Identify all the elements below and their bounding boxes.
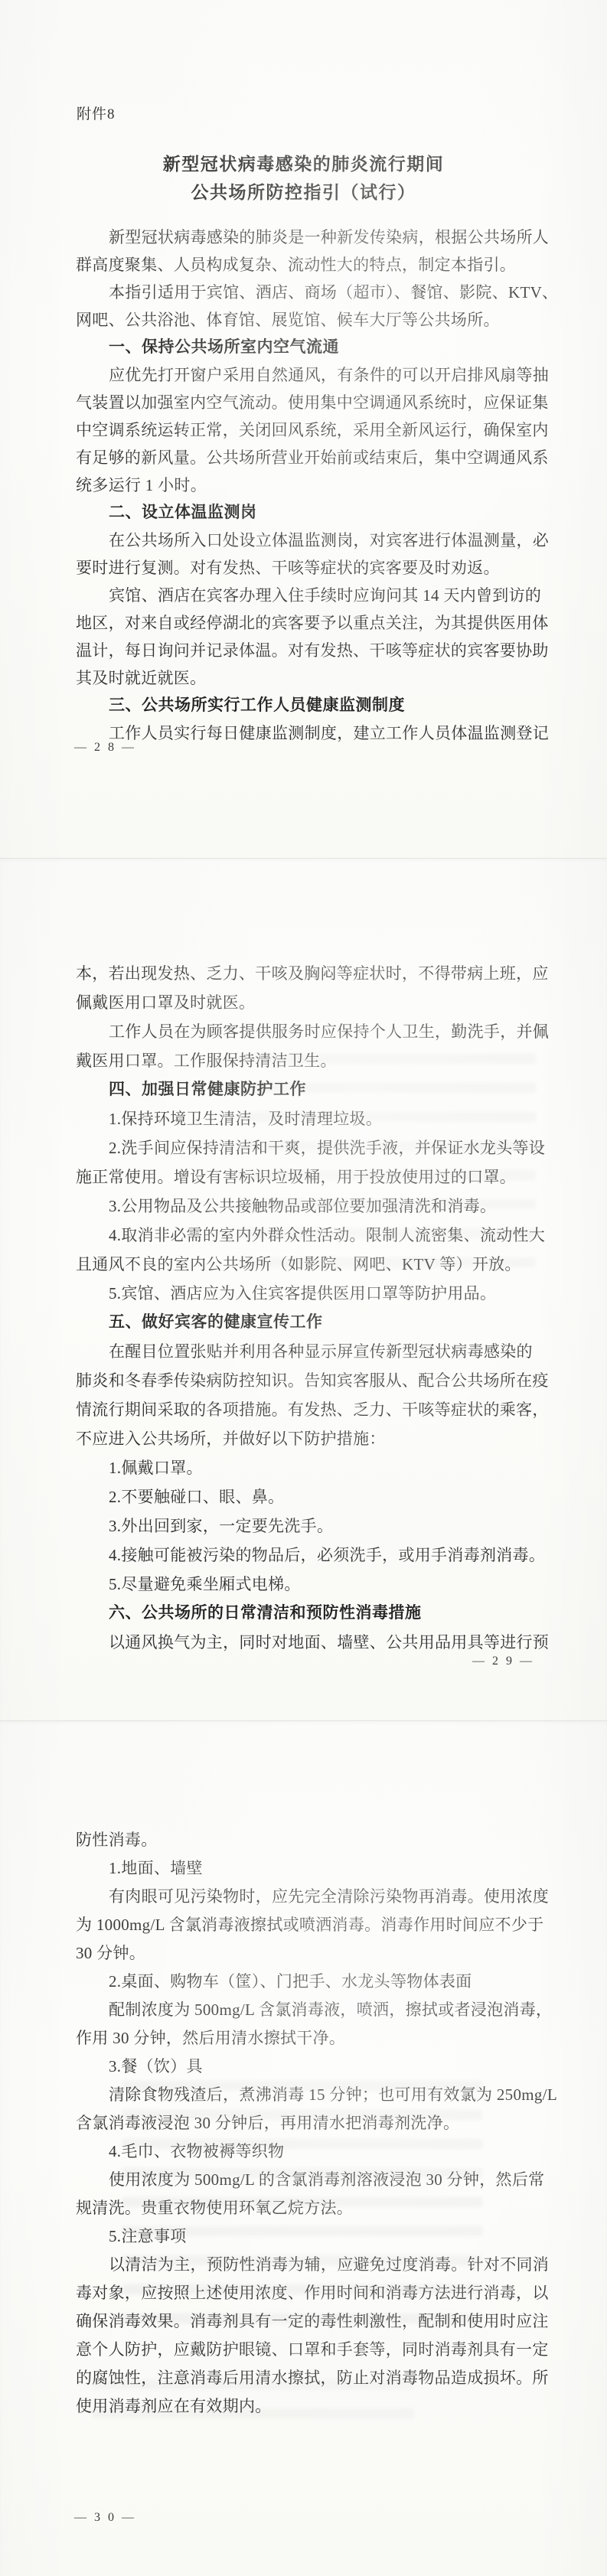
text-line: 为 1000mg/L 含氯消毒液擦拭或喷洒消毒。消毒作用时间应不少于 — [76, 1911, 550, 1939]
text-line: 网吧、公共浴池、体育馆、展览馆、候车大厅等公共场所。 — [76, 306, 550, 334]
attachment-label: 附件8 — [77, 103, 116, 123]
text-line: 清除食物残渣后，煮沸消毒 15 分钟；也可用有效氯为 250mg/L — [76, 2081, 550, 2109]
text-line: 工作人员在为顾客提供服务时应保持个人卫生，勤洗手，并佩 — [76, 1017, 550, 1046]
text-line: 1.保持环境卫生清洁，及时清理垃圾。 — [76, 1104, 550, 1133]
text-line: 以清洁为主，预防性消毒为辅，应避免过度消毒。针对不同消 — [76, 2251, 550, 2279]
text-line: 5.尽量避免乘坐厢式电梯。 — [76, 1570, 550, 1599]
page-1-text-block: 新型冠状病毒感染的肺炎是一种新发传染病，根据公共场所人群高度聚集、人员构成复杂、… — [76, 223, 550, 747]
text-line: 4.毛巾、衣物被褥等织物 — [76, 2137, 550, 2166]
text-line: 确保消毒效果。消毒剂具有一定的毒性刺激性，配制和使用时应注 — [76, 2307, 550, 2336]
text-line: 统多运行 1 小时。 — [76, 471, 550, 499]
text-line: 肺炎和冬春季传染病防控知识。告知宾客服从、配合公共场所在疫 — [76, 1366, 550, 1395]
text-line: 中空调系统运转正常，关闭回风系统，采用全新风运行，确保室内 — [76, 416, 550, 444]
text-line: 30 分钟。 — [76, 1939, 550, 1968]
text-line: 以通风换气为主，同时对地面、墙壁、公共用品用具等进行预 — [76, 1628, 550, 1657]
text-line: 4.取消非必需的室内外群众性活动。限制人流密集、流动性大 — [76, 1221, 550, 1250]
text-line: 1.地面、墙壁 — [76, 1854, 550, 1883]
text-line: 有肉眼可见污染物时，应先完全清除污染物再消毒。使用浓度 — [76, 1883, 550, 1911]
text-line: 5.注意事项 — [76, 2222, 550, 2251]
section-heading: 二、设立体温监测岗 — [76, 499, 550, 527]
text-line: 戴医用口罩。工作服保持清洁卫生。 — [76, 1046, 550, 1075]
section-heading: 一、保持公共场所室内空气流通 — [76, 334, 550, 361]
section-heading: 五、做好宾客的健康宣传工作 — [76, 1308, 550, 1337]
text-line: 的腐蚀性，注意消毒后用清水擦拭，防止对消毒物品造成损坏。所 — [76, 2364, 550, 2392]
text-line: 施正常使用。增设有害标识垃圾桶，用于投放使用过的口罩。 — [76, 1162, 550, 1192]
text-line: 意个人防护，应戴防护眼镜、口罩和手套等，同时消毒剂具有一定 — [76, 2336, 550, 2364]
text-line: 情流行期间采取的各项措施。有发热、乏力、干咳等症状的乘客， — [76, 1395, 550, 1424]
text-line: 使用浓度为 500mg/L 的含氯消毒剂溶液浸泡 30 分钟，然后常 — [76, 2166, 550, 2194]
text-line: 有足够的新风量。公共场所营业开始前或结束后，集中空调通风系 — [76, 444, 550, 471]
text-line: 作用 30 分钟，然后用清水擦拭干净。 — [76, 2024, 550, 2053]
section-heading: 四、加强日常健康防护工作 — [76, 1075, 550, 1104]
document-page-1: 附件8 新型冠状病毒感染的肺炎流行期间 公共场所防控指引（试行） 新型冠状病毒感… — [0, 0, 607, 858]
document-page-3: 防性消毒。1.地面、墙壁有肉眼可见污染物时，应先完全清除污染物再消毒。使用浓度为… — [0, 1720, 607, 2576]
text-line: 2.桌面、购物车（筐）、门把手、水龙头等物体表面 — [76, 1968, 550, 1996]
text-line: 规清洗。贵重衣物使用环氧乙烷方法。 — [76, 2194, 550, 2222]
text-line: 2.洗手间应保持清洁和干爽，提供洗手液，并保证水龙头等设 — [76, 1133, 550, 1162]
text-line: 佩戴医用口罩及时就医。 — [76, 988, 550, 1017]
text-line: 含氯消毒液浸泡 30 分钟后，再用清水把消毒剂洗净。 — [76, 2109, 550, 2137]
text-line: 气装置以加强室内空气流动。使用集中空调通风系统时，应保证集 — [76, 389, 550, 416]
text-line: 1.佩戴口罩。 — [76, 1453, 550, 1482]
text-line: 使用消毒剂应在有效期内。 — [76, 2392, 550, 2421]
text-line: 且通风不良的室内公共场所（如影院、网吧、KTV 等）开放。 — [76, 1250, 550, 1279]
text-line: 3.外出回到家，一定要先洗手。 — [76, 1511, 550, 1541]
text-line: 本指引适用于宾馆、酒店、商场（超市）、餐馆、影院、KTV、 — [76, 279, 550, 306]
text-line: 配制浓度为 500mg/L 含氯消毒液，喷洒，擦拭或者浸泡消毒， — [76, 1996, 550, 2024]
text-line: 地区，对来自或经停湖北的宾客要予以重点关注，为其提供医用体 — [76, 609, 550, 637]
text-line: 5.宾馆、酒店应为入住宾客提供医用口罩等防护用品。 — [76, 1279, 550, 1308]
text-line: 要时进行复测。对有发热、干咳等症状的宾客要及时劝返。 — [76, 554, 550, 582]
text-line: 工作人员实行每日健康监测制度，建立工作人员体温监测登记 — [76, 719, 550, 747]
page-3-text-block: 防性消毒。1.地面、墙壁有肉眼可见污染物时，应先完全清除污染物再消毒。使用浓度为… — [76, 1826, 550, 2421]
text-line: 本，若出现发热、乏力、干咳及胸闷等症状时，不得带病上班，应 — [76, 959, 550, 988]
page-2-text-block: 本，若出现发热、乏力、干咳及胸闷等症状时，不得带病上班，应佩戴医用口罩及时就医。… — [76, 959, 550, 1657]
text-line: 3.餐（饮）具 — [76, 2053, 550, 2081]
text-line: 群高度聚集、人员构成复杂、流动性大的特点，制定本指引。 — [76, 251, 550, 279]
document-title-line-2: 公共场所防控指引（试行） — [0, 178, 607, 207]
document-title: 新型冠状病毒感染的肺炎流行期间 公共场所防控指引（试行） — [0, 150, 607, 207]
section-heading: 三、公共场所实行工作人员健康监测制度 — [76, 692, 550, 719]
text-line: 新型冠状病毒感染的肺炎是一种新发传染病，根据公共场所人 — [76, 223, 550, 251]
page-number: — 2 9 — — [472, 1655, 534, 1668]
section-heading: 六、公共场所的日常清洁和预防性消毒措施 — [76, 1599, 550, 1628]
document-title-line-1: 新型冠状病毒感染的肺炎流行期间 — [0, 150, 607, 178]
text-line: 应优先打开窗户采用自然通风，有条件的可以开启排风扇等抽 — [76, 361, 550, 389]
text-line: 不应进入公共场所，并做好以下防护措施： — [76, 1424, 550, 1453]
text-line: 在公共场所入口处设立体温监测岗，对宾客进行体温测量，必 — [76, 527, 550, 554]
text-line: 4.接触可能被污染的物品后，必须洗手，或用手消毒剂消毒。 — [76, 1541, 550, 1570]
text-line: 3.公用物品及公共接触物品或部位要加强清洗和消毒。 — [76, 1192, 550, 1221]
document-page-2: 本，若出现发热、乏力、干咳及胸闷等症状时，不得带病上班，应佩戴医用口罩及时就医。… — [0, 858, 607, 1721]
text-line: 在醒目位置张贴并利用各种显示屏宣传新型冠状病毒感染的 — [76, 1337, 550, 1366]
text-line: 温计，每日询问并记录体温。对有发热、干咳等症状的宾客要协助 — [76, 637, 550, 664]
text-line: 毒对象，应按照上述使用浓度、作用时间和消毒方法进行消毒，以 — [76, 2279, 550, 2307]
page-number: — 3 0 — — [74, 2511, 136, 2525]
text-line: 宾馆、酒店在宾客办理入住手续时应询问其 14 天内曾到访的 — [76, 582, 550, 609]
scanned-document: 附件8 新型冠状病毒感染的肺炎流行期间 公共场所防控指引（试行） 新型冠状病毒感… — [0, 0, 607, 2576]
text-line: 防性消毒。 — [76, 1826, 550, 1854]
text-line: 2.不要触碰口、眼、鼻。 — [76, 1482, 550, 1511]
text-line: 其及时就近就医。 — [76, 664, 550, 692]
page-number: — 2 8 — — [74, 741, 136, 755]
